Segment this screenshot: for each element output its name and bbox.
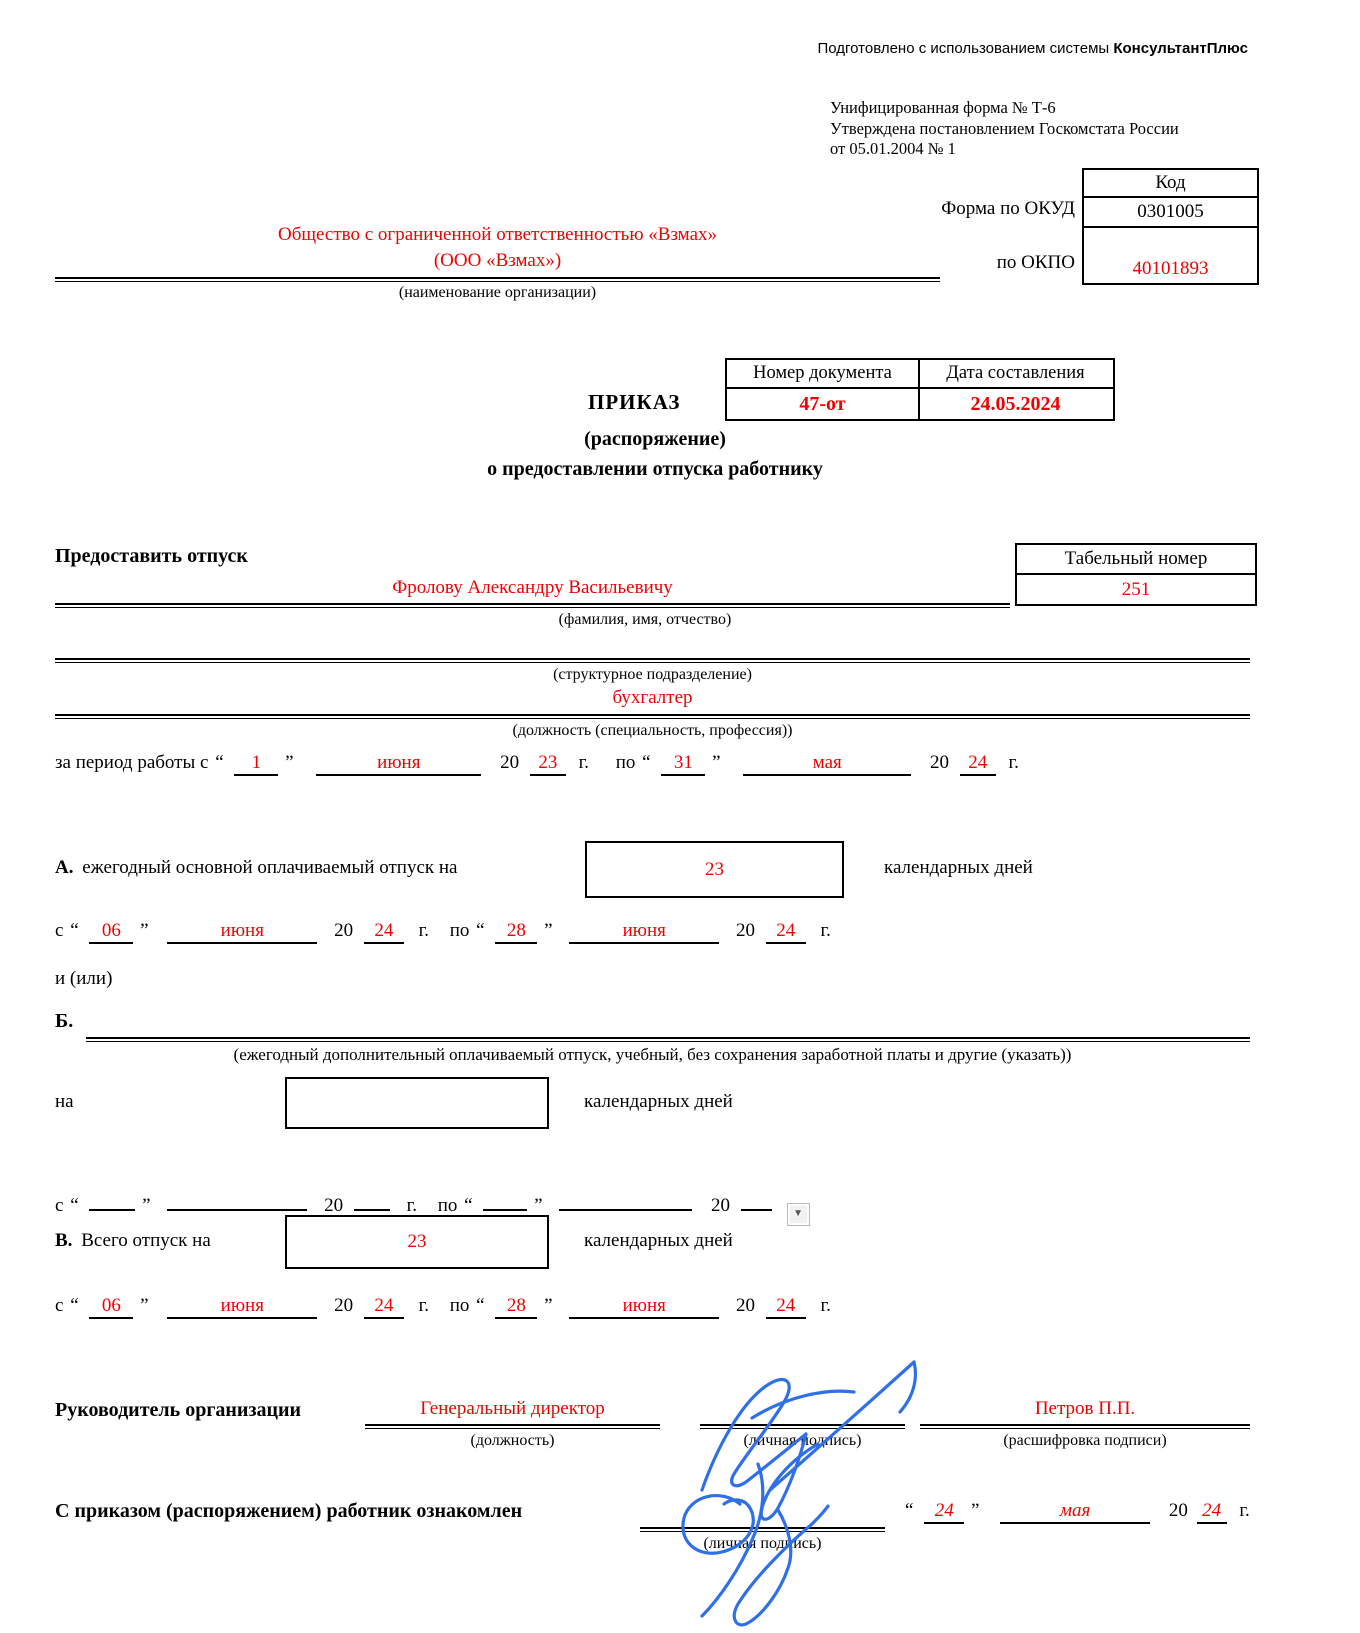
personnel-number-table: Табельный номер 251 — [1015, 543, 1257, 606]
doc-date-value: 24.05.2024 — [920, 389, 1111, 419]
leave-a-from-month: июня — [167, 920, 317, 944]
order-title: ПРИКАЗ — [588, 390, 680, 415]
section-a-letter: А. — [55, 857, 73, 878]
code-header-cell: Код — [1084, 170, 1257, 196]
acknowledged-date-row: “ 24 ” мая 20 24 г. — [903, 1500, 1250, 1524]
position-caption: (должность (специальность, профессия)) — [55, 722, 1250, 740]
doc-number-table: Номер документа Дата составления 47-от 2… — [725, 358, 1115, 421]
ack-month: мая — [1000, 1500, 1150, 1524]
century-20: 20 — [736, 920, 755, 941]
department-caption: (структурное подразделение) — [55, 666, 1250, 684]
to-label: по — [438, 1195, 458, 1216]
from-label: с — [55, 1295, 63, 1316]
from-label: с — [55, 1195, 63, 1216]
form-date-line: от 05.01.2004 № 1 — [830, 139, 1179, 160]
close-quote: ” — [142, 1195, 150, 1216]
employee-signature-caption: (личная подпись) — [640, 1535, 885, 1553]
acknowledged-label: С приказом (распоряжением) работник озна… — [55, 1500, 522, 1523]
open-quote: “ — [70, 920, 78, 941]
org-name-rule — [55, 277, 940, 282]
century-20: 20 — [736, 1295, 755, 1316]
leave-b-from-year-blank — [354, 1209, 390, 1211]
okud-label: Форма по ОКУД — [941, 198, 1075, 220]
position-value: бухгалтер — [55, 687, 1250, 709]
close-quote: ” — [140, 920, 148, 941]
head-name-caption: (расшифровка подписи) — [920, 1432, 1250, 1450]
doc-number-header: Номер документа — [727, 360, 920, 387]
to-label: по — [450, 1295, 470, 1316]
leave-total-to-year: 24 — [766, 1295, 806, 1319]
century-20: 20 — [500, 752, 519, 773]
leave-b-from-day-blank — [89, 1209, 135, 1211]
leave-a-from-day: 06 — [89, 920, 133, 944]
section-a-days-suffix: календарных дней — [884, 857, 1033, 879]
open-quote: “ — [476, 1295, 484, 1316]
leave-total-from-day: 06 — [89, 1295, 133, 1319]
order-subtitle: (распоряжение) — [0, 428, 1310, 451]
form-approved-line: Утверждена постановлением Госкомстата Ро… — [830, 119, 1179, 140]
work-period-prefix: за период работы с — [55, 752, 208, 773]
okpo-value-cell: 40101893 — [1084, 226, 1257, 283]
department-rule — [55, 658, 1250, 663]
chevron-down-icon: ▼ — [793, 1208, 803, 1219]
to-label: по — [450, 920, 470, 941]
leave-total-from-year: 24 — [364, 1295, 404, 1319]
century-20: 20 — [324, 1195, 343, 1216]
open-quote: “ — [70, 1195, 78, 1216]
year-suffix: г. — [419, 1295, 429, 1316]
leave-total-to-day: 28 — [495, 1295, 537, 1319]
section-v-label: В. Всего отпуск на — [55, 1230, 211, 1252]
head-name-value: Петров П.П. — [920, 1398, 1250, 1420]
okpo-label: по ОКПО — [997, 252, 1075, 274]
section-a-days-box: 23 — [585, 841, 844, 898]
open-quote: “ — [215, 752, 223, 773]
section-b-days-box — [285, 1077, 549, 1129]
year-suffix: г. — [407, 1195, 417, 1216]
leave-a-to-day: 28 — [495, 920, 537, 944]
leave-a-to-month: июня — [569, 920, 719, 944]
okud-value-cell: 0301005 — [1084, 196, 1257, 226]
close-quote: ” — [544, 1295, 552, 1316]
section-b-caption: (ежегодный дополнительный оплачиваемый о… — [55, 1045, 1250, 1065]
open-quote: “ — [905, 1500, 913, 1521]
open-quote: “ — [464, 1195, 472, 1216]
section-a-label: А. ежегодный основной оплачиваемый отпус… — [55, 857, 457, 879]
section-v-letter: В. — [55, 1230, 72, 1251]
century-20: 20 — [711, 1195, 730, 1216]
year-suffix: г. — [419, 920, 429, 941]
org-name-caption: (наименование организации) — [55, 284, 940, 302]
ack-year: 24 — [1197, 1500, 1227, 1524]
grant-leave-label: Предоставить отпуск — [55, 545, 248, 568]
to-label: по — [616, 752, 636, 773]
century-20: 20 — [1169, 1500, 1188, 1521]
prepared-with-line: Подготовлено с использованием системы Ко… — [817, 40, 1248, 57]
section-v-days-box: 23 — [285, 1215, 549, 1269]
employee-signature-rule — [640, 1527, 885, 1532]
employee-name-caption: (фамилия, имя, отчество) — [55, 611, 1235, 629]
prepared-with-prefix: Подготовлено с использованием системы — [817, 40, 1113, 57]
section-a-text: ежегодный основной оплачиваемый отпуск н… — [82, 857, 457, 878]
form-name-line: Унифицированная форма № Т-6 — [830, 98, 1179, 119]
leave-total-from-month: июня — [167, 1295, 317, 1319]
year-suffix: г. — [821, 1295, 831, 1316]
head-position-caption: (должность) — [365, 1432, 660, 1450]
org-name-line2: (ООО «Взмах») — [55, 250, 940, 272]
century-20: 20 — [334, 1295, 353, 1316]
document-page: Подготовлено с использованием системы Ко… — [0, 0, 1360, 1633]
section-b-days-suffix: календарных дней — [584, 1091, 733, 1113]
section-b-letter: Б. — [55, 1010, 73, 1033]
open-quote: “ — [476, 920, 484, 941]
form-approval-block: Унифицированная форма № Т-6 Утверждена п… — [830, 98, 1179, 160]
doc-number-value: 47-от — [727, 389, 920, 419]
employee-name-rule — [55, 603, 1010, 608]
org-name-line1: Общество с ограниченной ответственностью… — [55, 224, 940, 246]
work-period-to-day: 31 — [661, 752, 705, 776]
order-subject: о предоставлении отпуска работнику — [0, 458, 1310, 481]
close-quote: ” — [285, 752, 293, 773]
work-period-to-year: 24 — [960, 752, 996, 776]
section-v-text: Всего отпуск на — [81, 1230, 211, 1251]
head-signature-caption: (личная подпись) — [700, 1432, 905, 1450]
doc-date-header: Дата составления — [920, 360, 1111, 387]
century-20: 20 — [334, 920, 353, 941]
year-suffix: г. — [1239, 1500, 1249, 1521]
close-quote: ” — [534, 1195, 542, 1216]
century-20: 20 — [930, 752, 949, 773]
head-signature-rule — [700, 1424, 905, 1429]
work-period-to-month: мая — [743, 752, 911, 776]
leave-a-to-year: 24 — [766, 920, 806, 944]
and-or-label: и (или) — [55, 968, 112, 990]
head-name-rule — [920, 1424, 1250, 1429]
work-period-row: за период работы с “ 1 ” июня 20 23 г. п… — [55, 752, 1019, 776]
head-of-org-label: Руководитель организации — [55, 1399, 301, 1422]
close-quote: ” — [140, 1295, 148, 1316]
leave-b-to-month-blank — [559, 1209, 692, 1211]
head-position-rule — [365, 1424, 660, 1429]
ack-day: 24 — [924, 1500, 964, 1524]
year-suffix: г. — [1009, 752, 1019, 773]
open-quote: “ — [642, 752, 650, 773]
code-table: Код 0301005 40101893 — [1082, 168, 1259, 285]
personnel-number-value: 251 — [1017, 573, 1255, 604]
section-b-na-label: на — [55, 1091, 74, 1113]
leave-total-dates-row: с “ 06 ” июня 20 24 г. по “ 28 ” июня 20… — [55, 1295, 831, 1319]
work-period-from-day: 1 — [234, 752, 278, 776]
close-quote: ” — [971, 1500, 979, 1521]
open-quote: “ — [70, 1295, 78, 1316]
leave-b-to-day-blank — [483, 1209, 527, 1211]
leave-b-to-year-blank — [741, 1209, 772, 1211]
year-suffix: г. — [579, 752, 589, 773]
leave-a-dates-row: с “ 06 ” июня 20 24 г. по “ 28 ” июня 20… — [55, 920, 831, 944]
work-period-from-month: июня — [316, 752, 481, 776]
year-suffix: г. — [821, 920, 831, 941]
head-position-value: Генеральный директор — [365, 1398, 660, 1420]
position-rule — [55, 714, 1250, 719]
leave-b-from-month-blank — [167, 1209, 307, 1211]
leave-total-to-month: июня — [569, 1295, 719, 1319]
section-v-days-suffix: календарных дней — [584, 1230, 733, 1252]
month-dropdown-button[interactable]: ▼ — [787, 1203, 810, 1226]
employee-name-value: Фролову Александру Васильевичу — [55, 577, 1010, 599]
personnel-number-header: Табельный номер — [1017, 545, 1255, 573]
close-quote: ” — [712, 752, 720, 773]
work-period-from-year: 23 — [530, 752, 566, 776]
section-b-rule — [86, 1037, 1250, 1042]
prepared-with-brand: КонсультантПлюс — [1113, 40, 1248, 57]
close-quote: ” — [544, 920, 552, 941]
leave-a-from-year: 24 — [364, 920, 404, 944]
from-label: с — [55, 920, 63, 941]
